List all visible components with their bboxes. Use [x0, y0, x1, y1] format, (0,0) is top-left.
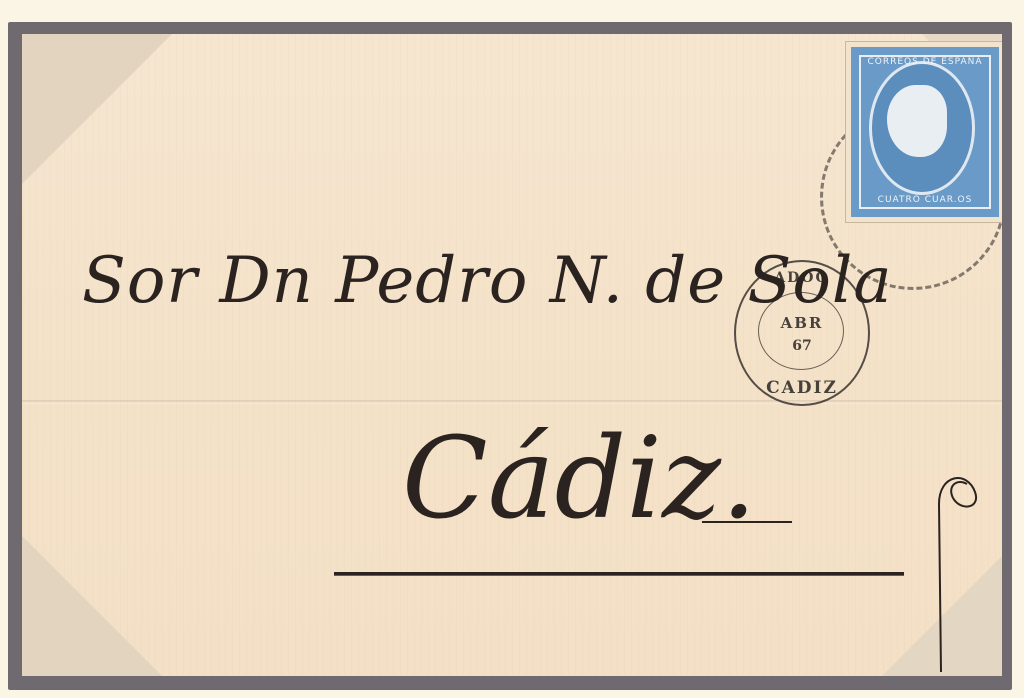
mount-corner-bottom-left	[22, 536, 162, 676]
postal-cover: CORREOS DE ESPAÑA CUATRO CUAR.OS ADOO AB…	[22, 34, 1002, 676]
destination-city: Cádiz.	[402, 414, 757, 544]
stamp-value-text: CUATRO CUAR.OS	[851, 195, 999, 205]
postmark-year: 67	[736, 338, 868, 354]
stamp-top-text: CORREOS DE ESPAÑA	[851, 57, 999, 67]
postmark-city: CADIZ	[736, 378, 868, 398]
addressee-name: Sor Dn Pedro N. de Sola	[82, 244, 892, 318]
city-strike-line	[702, 521, 792, 523]
pen-flourish-icon	[927, 464, 987, 674]
queen-portrait-icon	[887, 85, 947, 157]
fold-line	[22, 400, 1002, 404]
postage-stamp: CORREOS DE ESPAÑA CUATRO CUAR.OS	[846, 42, 1002, 222]
mount-corner-top-left	[22, 34, 172, 184]
address-underline	[334, 572, 904, 576]
